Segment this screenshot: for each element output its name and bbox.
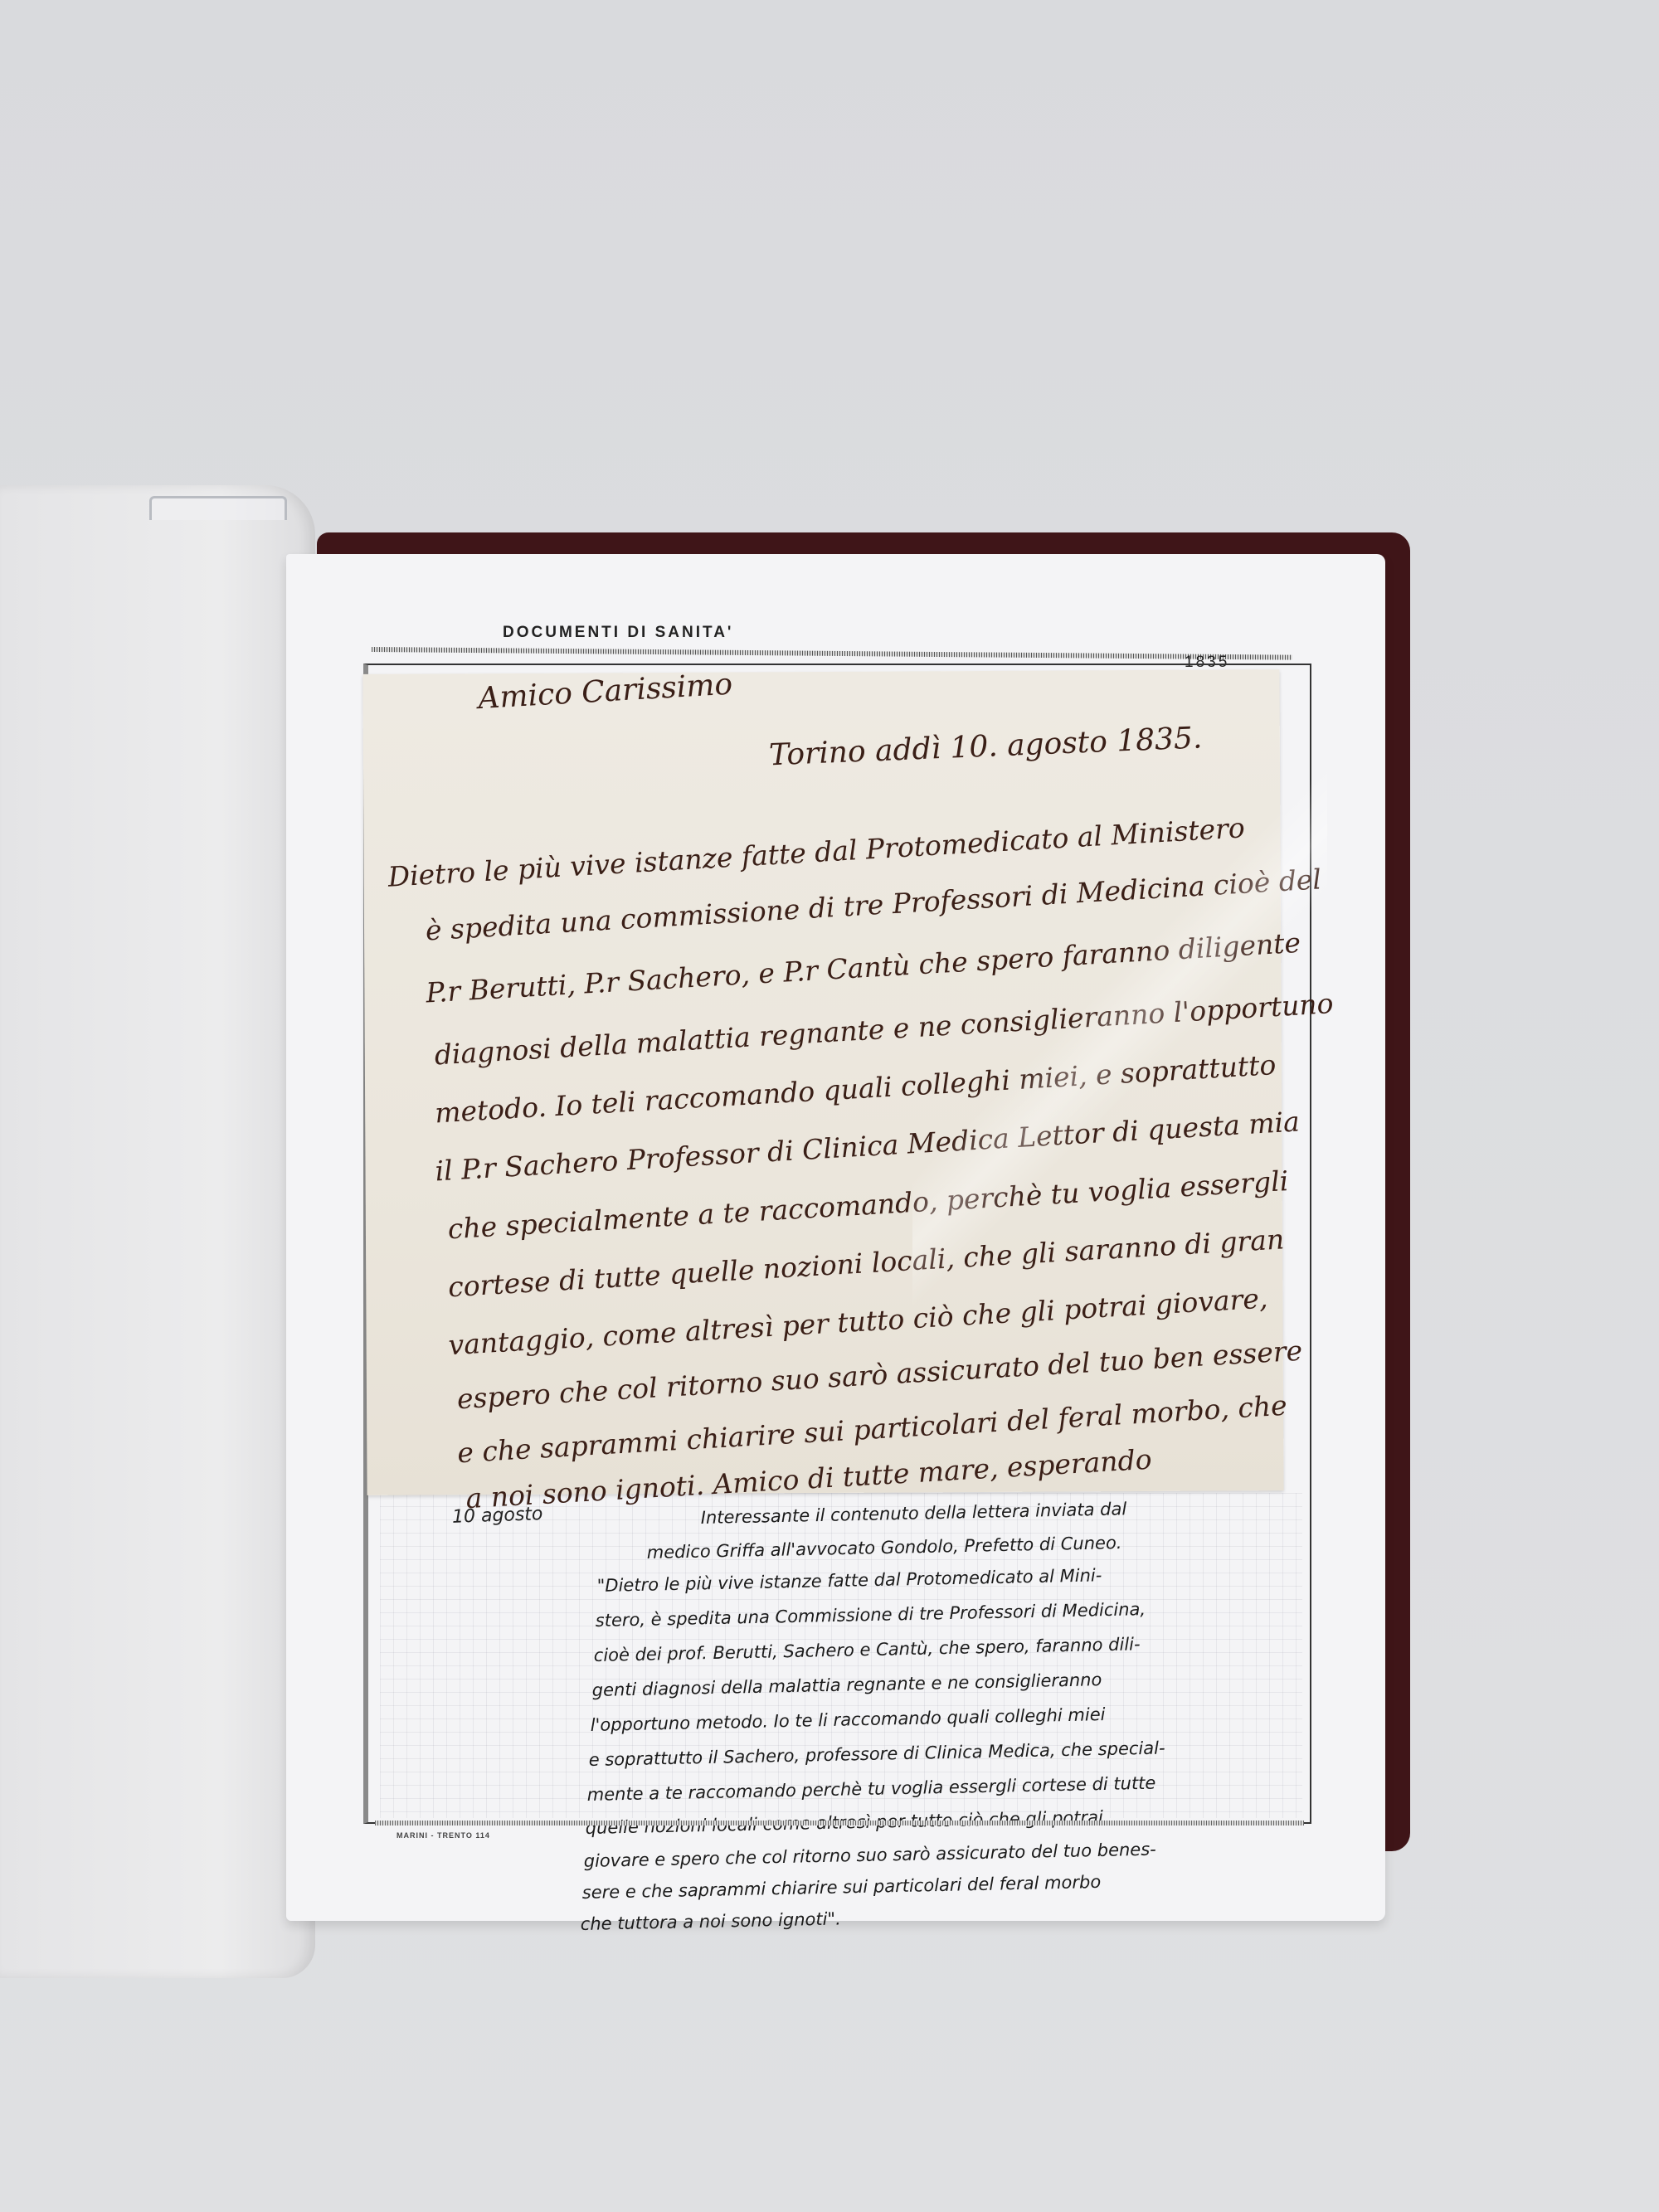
printer-mark: MARINI - TRENTO 114 (397, 1831, 490, 1840)
letter-dateline: Torino addì 10. agosto 1835. (768, 721, 1203, 772)
footer-rule (375, 1821, 1304, 1826)
historic-letter: Amico Carissimo Torino addì 10. agosto 1… (362, 669, 1283, 1495)
left-sleeve-edge (149, 496, 287, 520)
left-album-page (0, 485, 315, 1978)
annotation-line: che tuttora a noi sono ignoti". (580, 1908, 840, 1934)
annotation-date: 10 agosto (452, 1504, 543, 1528)
letter-salutation: Amico Carissimo (477, 668, 733, 717)
page-header-title: DOCUMENTI DI SANITA' (503, 624, 733, 642)
